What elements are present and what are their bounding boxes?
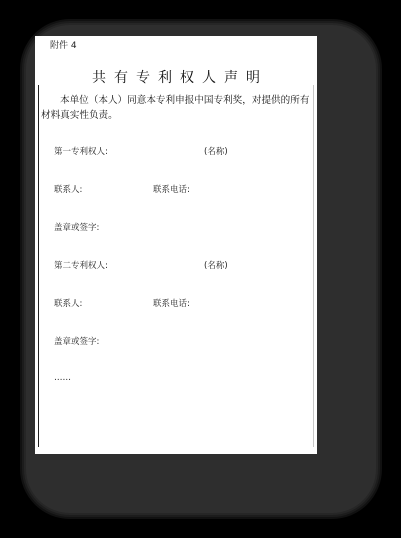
page-title: 共有专利权人声明 — [35, 67, 317, 87]
right-margin-rule — [313, 85, 314, 447]
second-phone-label: 联系电话: — [153, 297, 190, 309]
statement-paragraph: 本单位（本人）同意本专利申报中国专利奖，对提供的所有材料真实性负责。 — [41, 93, 313, 123]
second-seal-label: 盖章或签字: — [54, 335, 99, 347]
left-margin-rule — [38, 85, 39, 447]
first-phone-label: 联系电话: — [153, 183, 190, 195]
second-holder-name-hint: (名称) — [204, 259, 228, 271]
first-seal-label: 盖章或签字: — [54, 221, 99, 233]
first-holder-name-hint: (名称) — [204, 145, 228, 157]
second-contact-label: 联系人: — [54, 297, 82, 309]
document-page: 附件 4 共有专利权人声明 本单位（本人）同意本专利申报中国专利奖，对提供的所有… — [35, 36, 317, 454]
continuation-ellipsis: …… — [54, 373, 71, 383]
second-holder-label: 第二专利权人: — [54, 259, 108, 271]
first-holder-label: 第一专利权人: — [54, 145, 108, 157]
first-contact-label: 联系人: — [54, 183, 82, 195]
attachment-label: 附件 4 — [50, 38, 77, 51]
